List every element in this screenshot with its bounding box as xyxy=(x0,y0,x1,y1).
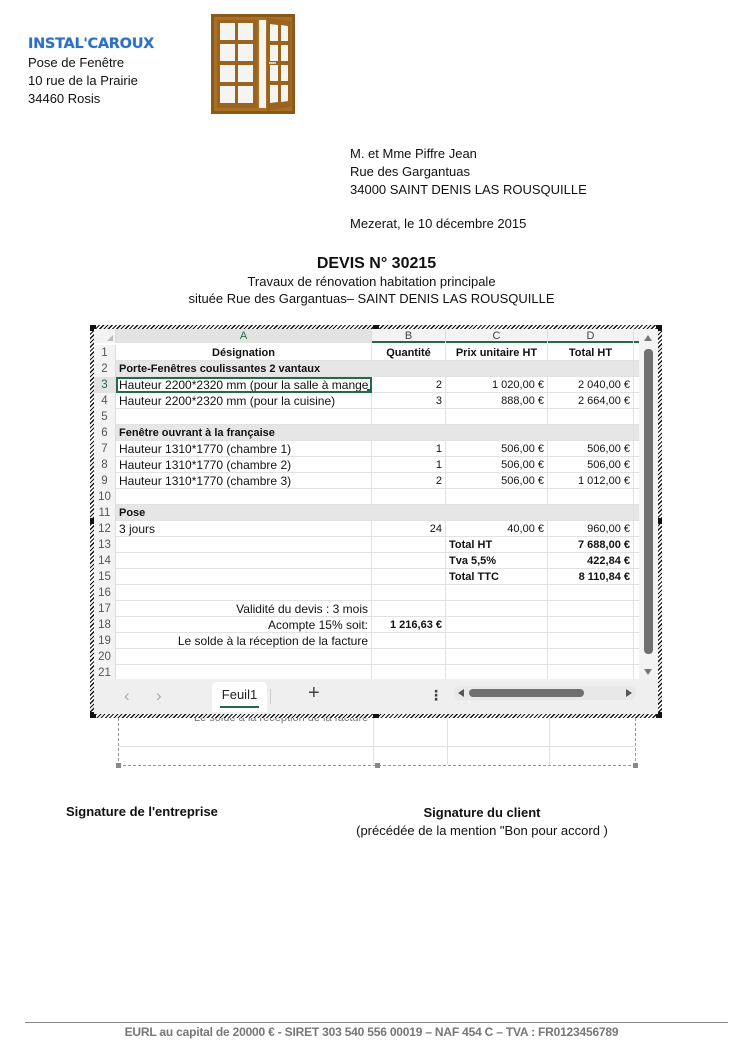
company-street: 10 rue de la Prairie xyxy=(28,72,154,90)
cell-b16[interactable] xyxy=(372,585,446,601)
horizontal-scrollbar[interactable] xyxy=(454,686,636,700)
cell-d2[interactable] xyxy=(548,361,634,377)
table-row: 5 xyxy=(94,409,639,425)
cell-a3[interactable]: Hauteur 2200*2320 mm (pour la salle à ma… xyxy=(116,377,372,393)
select-all-corner[interactable] xyxy=(94,329,116,343)
client-signature-label: Signature du client xyxy=(342,804,622,822)
row-header[interactable]: 6 xyxy=(94,425,116,441)
underlying-table-preview: Le solde à la réception de la facture xyxy=(118,718,636,766)
cell-d9[interactable]: 1 012,00 € xyxy=(548,473,634,489)
cell-c14[interactable]: Tva 5,5% xyxy=(446,553,548,569)
cell-grid[interactable]: 1DésignationQuantitéPrix unitaire HTTota… xyxy=(94,345,639,681)
footer-divider xyxy=(25,1022,728,1023)
recipient-city: 34000 SAINT DENIS LAS ROUSQUILLE xyxy=(350,181,587,199)
cell-a12[interactable]: 3 jours xyxy=(116,521,372,537)
vertical-scroll-thumb[interactable] xyxy=(644,349,653,654)
company-block: INSTAL'CAROUX Pose de Fenêtre 10 rue de … xyxy=(28,34,154,108)
cell-c20[interactable] xyxy=(446,649,548,665)
cell-a14[interactable] xyxy=(116,553,372,569)
cell-d10[interactable] xyxy=(548,489,634,505)
cell-c13[interactable]: Total HT xyxy=(446,537,548,553)
devis-subtitle-2: située Rue des Gargantuas– SAINT DENIS L… xyxy=(0,290,743,307)
chevron-right-icon[interactable]: › xyxy=(156,686,162,706)
table-row: 14Tva 5,5%422,84 € xyxy=(94,553,639,569)
cell-c18[interactable] xyxy=(446,617,548,633)
row-header[interactable]: 11 xyxy=(94,505,116,521)
cell-c7[interactable]: 506,00 € xyxy=(446,441,548,457)
cell-d16[interactable] xyxy=(548,585,634,601)
cell-b19[interactable] xyxy=(372,633,446,649)
table-row: 2Porte-Fenêtres coulissantes 2 vantaux xyxy=(94,361,639,377)
cell-c6[interactable] xyxy=(446,425,548,441)
cell-b1[interactable]: Quantité xyxy=(372,345,446,361)
cell-c10[interactable] xyxy=(446,489,548,505)
cell-d1[interactable]: Total HT xyxy=(548,345,634,361)
column-header-a[interactable]: A xyxy=(116,329,372,343)
cell-c4[interactable]: 888,00 € xyxy=(446,393,548,409)
table-row: 3Hauteur 2200*2320 mm (pour la salle à m… xyxy=(94,377,639,393)
spreadsheet[interactable]: A B C D 1DésignationQuantitéPrix unitair… xyxy=(94,329,658,714)
cell-b18[interactable]: 1 216,63 € xyxy=(372,617,446,633)
cell-b6[interactable] xyxy=(372,425,446,441)
column-header-c[interactable]: C xyxy=(446,329,548,343)
cell-b9[interactable]: 2 xyxy=(372,473,446,489)
cell-b2[interactable] xyxy=(372,361,446,377)
cell-a13[interactable] xyxy=(116,537,372,553)
recipient-name: M. et Mme Piffre Jean xyxy=(350,145,587,163)
cell-b13[interactable] xyxy=(372,537,446,553)
devis-title: DEVIS N° 30215 xyxy=(0,255,743,273)
row-header[interactable]: 2 xyxy=(94,361,116,377)
cell-c15[interactable]: Total TTC xyxy=(446,569,548,585)
row-header[interactable]: 4 xyxy=(94,393,116,409)
row-header[interactable]: 12 xyxy=(94,521,116,537)
table-row: 17Validité du devis : 3 mois xyxy=(94,601,639,617)
add-sheet-button[interactable]: + xyxy=(308,682,320,705)
cell-b14[interactable] xyxy=(372,553,446,569)
cell-a10[interactable] xyxy=(116,489,372,505)
row-header[interactable]: 3 xyxy=(94,377,116,393)
devis-subtitle-1: Travaux de rénovation habitation princip… xyxy=(0,273,743,290)
cell-a2[interactable]: Porte-Fenêtres coulissantes 2 vantaux xyxy=(116,361,372,377)
recipient-address: M. et Mme Piffre Jean Rue des Gargantuas… xyxy=(350,145,587,199)
sheet-tab-feuil1[interactable]: Feuil1 xyxy=(212,682,267,712)
cell-a19[interactable]: Le solde à la réception de la facture xyxy=(116,633,372,649)
table-row: 1DésignationQuantitéPrix unitaire HTTota… xyxy=(94,345,639,361)
row-header[interactable]: 18 xyxy=(94,617,116,633)
table-row: 15Total TTC8 110,84 € xyxy=(94,569,639,585)
table-row: 16 xyxy=(94,585,639,601)
table-row: 8Hauteur 1310*1770 (chambre 2)1506,00 €5… xyxy=(94,457,639,473)
cell-c2[interactable] xyxy=(446,361,548,377)
cell-d19[interactable] xyxy=(548,633,634,649)
cell-b7[interactable]: 1 xyxy=(372,441,446,457)
client-signature-block: Signature du client (précédée de la ment… xyxy=(342,804,622,840)
cell-d6[interactable] xyxy=(548,425,634,441)
cell-a9[interactable]: Hauteur 1310*1770 (chambre 3) xyxy=(116,473,372,489)
row-header[interactable]: 19 xyxy=(94,633,116,649)
cell-a6[interactable]: Fenêtre ouvrant à la française xyxy=(116,425,372,441)
cell-b15[interactable] xyxy=(372,569,446,585)
cell-d12[interactable]: 960,00 € xyxy=(548,521,634,537)
cell-c12[interactable]: 40,00 € xyxy=(446,521,548,537)
devis-title-block: DEVIS N° 30215 Travaux de rénovation hab… xyxy=(0,255,743,307)
sheet-tab-label: Feuil1 xyxy=(222,687,257,702)
cell-a5[interactable] xyxy=(116,409,372,425)
table-row: 4Hauteur 2200*2320 mm (pour la cuisine)3… xyxy=(94,393,639,409)
cell-c1[interactable]: Prix unitaire HT xyxy=(446,345,548,361)
company-signature-label: Signature de l'entreprise xyxy=(66,804,218,819)
cell-b5[interactable] xyxy=(372,409,446,425)
document-date: Mezerat, le 10 décembre 2015 xyxy=(350,216,526,231)
table-row: 7Hauteur 1310*1770 (chambre 1)1506,00 €5… xyxy=(94,441,639,457)
column-headers: A B C D xyxy=(94,329,639,343)
row-header[interactable]: 14 xyxy=(94,553,116,569)
client-signature-note: (précédée de la mention "Bon pour accord… xyxy=(342,822,622,840)
cell-a20[interactable] xyxy=(116,649,372,665)
row-header[interactable]: 17 xyxy=(94,601,116,617)
row-header[interactable]: 10 xyxy=(94,489,116,505)
cell-b17[interactable] xyxy=(372,601,446,617)
cell-c8[interactable]: 506,00 € xyxy=(446,457,548,473)
company-city: 34460 Rosis xyxy=(28,90,154,108)
table-row: 6Fenêtre ouvrant à la française xyxy=(94,425,639,441)
cell-d3[interactable]: 2 040,00 € xyxy=(548,377,634,393)
row-header[interactable]: 20 xyxy=(94,649,116,665)
recipient-street: Rue des Gargantuas xyxy=(350,163,587,181)
cell-a7[interactable]: Hauteur 1310*1770 (chambre 1) xyxy=(116,441,372,457)
horizontal-scroll-thumb[interactable] xyxy=(469,689,584,697)
cell-a15[interactable] xyxy=(116,569,372,585)
cell-b3[interactable]: 2 xyxy=(372,377,446,393)
row-header[interactable]: 7 xyxy=(94,441,116,457)
table-row: 9Hauteur 1310*1770 (chambre 3)2506,00 €1… xyxy=(94,473,639,489)
cell-d15[interactable]: 8 110,84 € xyxy=(548,569,634,585)
cell-d20[interactable] xyxy=(548,649,634,665)
cell-a16[interactable] xyxy=(116,585,372,601)
column-header-d[interactable]: D xyxy=(548,329,634,343)
cell-d14[interactable]: 422,84 € xyxy=(548,553,634,569)
cell-c19[interactable] xyxy=(446,633,548,649)
company-activity: Pose de Fenêtre xyxy=(28,54,154,72)
cell-b12[interactable]: 24 xyxy=(372,521,446,537)
row-header[interactable]: 15 xyxy=(94,569,116,585)
company-name: INSTAL'CAROUX xyxy=(28,34,154,54)
cell-c16[interactable] xyxy=(446,585,548,601)
cell-c3[interactable]: 1 020,00 € xyxy=(446,377,548,393)
cell-c5[interactable] xyxy=(446,409,548,425)
table-row: 18Acompte 15% soit:1 216,63 € xyxy=(94,617,639,633)
cell-d13[interactable]: 7 688,00 € xyxy=(548,537,634,553)
cell-b11[interactable] xyxy=(372,505,446,521)
cell-c11[interactable] xyxy=(446,505,548,521)
table-row: 123 jours2440,00 €960,00 € xyxy=(94,521,639,537)
scroll-up-icon[interactable] xyxy=(644,335,652,341)
legal-footer: EURL au capital de 20000 € - SIRET 303 5… xyxy=(0,1025,743,1039)
cell-a11[interactable]: Pose xyxy=(116,505,372,521)
column-header-b[interactable]: B xyxy=(372,329,446,343)
table-row: 10 xyxy=(94,489,639,505)
cell-c17[interactable] xyxy=(446,601,548,617)
french-window-icon xyxy=(211,14,295,114)
cell-a17[interactable]: Validité du devis : 3 mois xyxy=(116,601,372,617)
row-header[interactable]: 1 xyxy=(94,345,116,361)
cell-b8[interactable]: 1 xyxy=(372,457,446,473)
row-header[interactable]: 9 xyxy=(94,473,116,489)
cell-d5[interactable] xyxy=(548,409,634,425)
table-row: 20 xyxy=(94,649,639,665)
cell-b20[interactable] xyxy=(372,649,446,665)
scroll-left-icon[interactable] xyxy=(458,689,464,697)
embedded-spreadsheet-frame[interactable]: A B C D 1DésignationQuantitéPrix unitair… xyxy=(90,325,662,718)
cell-d11[interactable] xyxy=(548,505,634,521)
table-row: 13Total HT7 688,00 € xyxy=(94,537,639,553)
cell-a18[interactable]: Acompte 15% soit: xyxy=(116,617,372,633)
cell-d7[interactable]: 506,00 € xyxy=(548,441,634,457)
scroll-right-icon[interactable] xyxy=(626,689,632,697)
vertical-scrollbar[interactable] xyxy=(639,329,658,679)
scroll-down-icon[interactable] xyxy=(644,669,652,675)
row-header[interactable]: 5 xyxy=(94,409,116,425)
more-options-icon[interactable]: ⋮ xyxy=(429,687,443,704)
cell-a4[interactable]: Hauteur 2200*2320 mm (pour la cuisine) xyxy=(116,393,372,409)
table-row: 19Le solde à la réception de la facture xyxy=(94,633,639,649)
cell-d8[interactable]: 506,00 € xyxy=(548,457,634,473)
cell-c9[interactable]: 506,00 € xyxy=(446,473,548,489)
cell-d18[interactable] xyxy=(548,617,634,633)
cell-a1[interactable]: Désignation xyxy=(116,345,372,361)
cell-d17[interactable] xyxy=(548,601,634,617)
cell-b10[interactable] xyxy=(372,489,446,505)
sheet-tab-bar: ‹ › Feuil1 + ⋮ xyxy=(94,679,658,714)
row-header[interactable]: 13 xyxy=(94,537,116,553)
row-header[interactable]: 8 xyxy=(94,457,116,473)
chevron-left-icon[interactable]: ‹ xyxy=(124,686,130,706)
table-row: 11Pose xyxy=(94,505,639,521)
cell-a8[interactable]: Hauteur 1310*1770 (chambre 2) xyxy=(116,457,372,473)
row-header[interactable]: 16 xyxy=(94,585,116,601)
cell-b4[interactable]: 3 xyxy=(372,393,446,409)
cell-d4[interactable]: 2 664,00 € xyxy=(548,393,634,409)
